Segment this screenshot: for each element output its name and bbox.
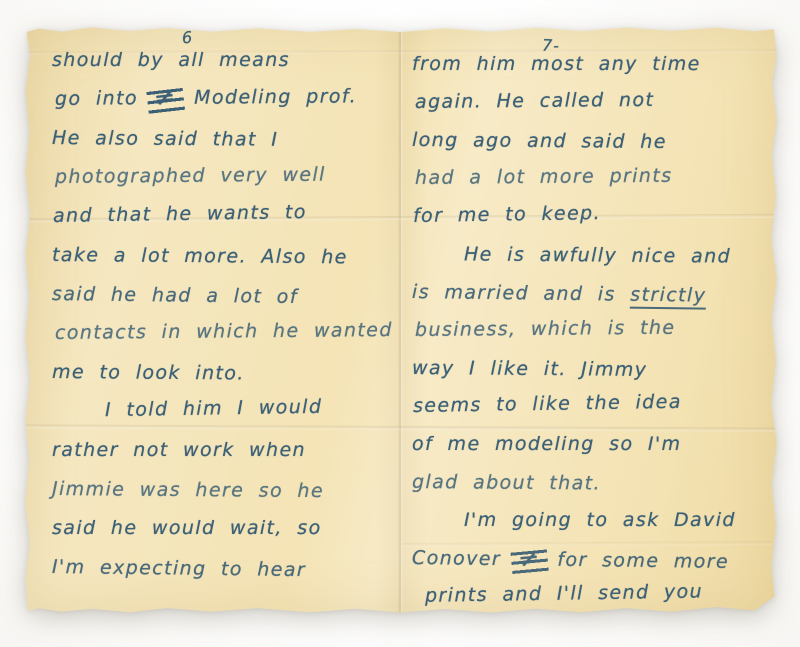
handwritten-line: I'm going to ask David — [412, 501, 767, 539]
handwritten-line: I'm expecting to hear — [52, 548, 397, 591]
text-segment: long ago and said he — [412, 129, 667, 153]
text-segment: Conover — [412, 547, 516, 570]
handwritten-line: rather not work when — [52, 431, 397, 470]
handwritten-line: said he would wait, so — [52, 509, 397, 548]
handwritten-line: Jimmie was here so he — [52, 470, 397, 512]
handwritten-line: I told him I would — [53, 387, 399, 431]
handwritten-line: photographed very well — [55, 155, 400, 197]
crossed-out-word: ≠ — [509, 539, 549, 580]
letter-paper-shadow: 6 7- should by all meansgo into ≠ Modeli… — [24, 26, 777, 614]
handwritten-line: had a lot more prints — [415, 156, 770, 197]
letter-page-left: should by all meansgo into ≠ Modeling pr… — [52, 41, 397, 587]
text-segment: rather not work when — [52, 439, 306, 461]
text-segment: said he would wait, so — [52, 517, 322, 539]
text-segment: He is awfully nice and — [464, 243, 731, 267]
text-segment: He also said that I — [52, 127, 278, 151]
text-segment: contacts in which he wanted — [55, 319, 393, 344]
handwritten-line: for me to keep. — [413, 191, 769, 235]
handwritten-line: take a lot more. Also he — [52, 236, 397, 278]
text-segment: take a lot more. Also he — [52, 244, 348, 268]
text-segment: said he had a lot of — [52, 283, 298, 308]
text-segment: of me modeling so I'm — [412, 433, 681, 455]
text-segment: again. He called not — [415, 89, 655, 113]
photo-backdrop: 6 7- should by all meansgo into ≠ Modeli… — [0, 0, 800, 647]
text-segment: and that he wants to — [53, 201, 307, 227]
text-segment: prints and I'll send you — [425, 580, 703, 606]
handwritten-line: go into ≠ Modeling prof. — [55, 77, 400, 119]
handwritten-line: seems to like the idea — [413, 381, 769, 425]
text-segment: for me to keep. — [413, 202, 601, 227]
handwritten-line: of me modeling so I'm — [412, 425, 767, 463]
handwritten-line: should by all means — [52, 41, 397, 80]
text-segment: I told him I would — [105, 396, 323, 421]
handwritten-line: contacts in which he wanted — [55, 311, 400, 353]
letter-page-right: from him most any timeagain. He called n… — [412, 45, 767, 615]
underlined-word: strictly — [630, 284, 706, 310]
text-segment: me to look into. — [52, 361, 245, 385]
text-segment: had a lot more prints — [415, 165, 673, 189]
handwritten-line: again. He called not — [415, 80, 770, 121]
text-segment: should by all means — [52, 49, 290, 71]
text-segment: photographed very well — [55, 164, 326, 188]
text-segment: Modeling prof. — [180, 85, 358, 109]
text-segment: Jimmie was here so he — [52, 478, 324, 502]
text-segment: seems to like the idea — [413, 391, 682, 417]
text-segment: is married and is — [412, 281, 631, 306]
handwritten-line: He is awfully nice and — [412, 235, 767, 276]
text-segment: from him most any time — [412, 53, 701, 75]
handwritten-line: glad about that. — [412, 463, 767, 504]
handwritten-line: and that he wants to — [53, 192, 399, 236]
text-segment: go into — [55, 87, 153, 110]
text-segment: for some more — [543, 549, 729, 573]
handwritten-line: prints and I'll send you — [413, 571, 769, 615]
handwritten-line: business, which is the — [415, 308, 770, 349]
text-segment: I'm going to ask David — [464, 509, 736, 531]
text-segment: business, which is the — [415, 317, 676, 341]
text-segment: glad about that. — [412, 471, 601, 494]
text-segment: way I like it. Jimmy — [412, 357, 648, 381]
crossed-out-word: ≠ — [145, 77, 186, 120]
handwritten-line: from him most any time — [412, 45, 767, 83]
text-segment: I'm expecting to hear — [52, 556, 306, 581]
letter-paper: 6 7- should by all meansgo into ≠ Modeli… — [24, 26, 777, 614]
